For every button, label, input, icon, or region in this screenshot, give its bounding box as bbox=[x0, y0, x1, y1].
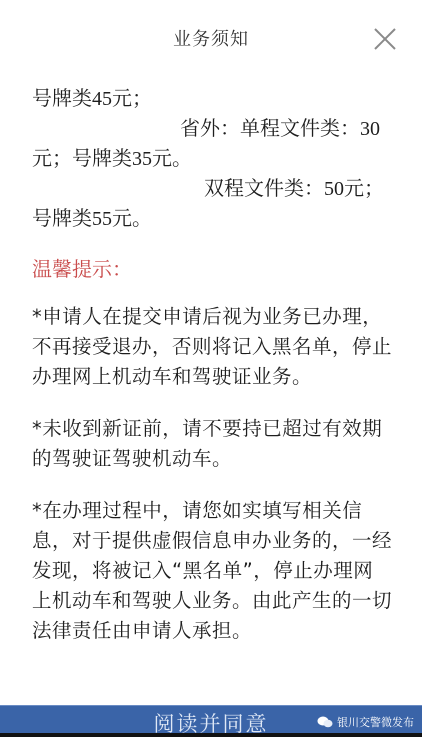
tips-heading: 温馨提示： bbox=[32, 254, 392, 284]
tip-item: *申请人在提交申请后视为业务已办理，不再接受退办，否则将记入黑名单，停止办理网上… bbox=[32, 302, 392, 392]
watermark: 银川交警微发布 bbox=[317, 714, 414, 730]
dialog-header: 业务须知 bbox=[0, 0, 422, 80]
fee-line: 元；号牌类35元。 bbox=[32, 144, 392, 174]
dialog-title: 业务须知 bbox=[0, 25, 422, 51]
fee-line: 省外：单程文件类：30 bbox=[32, 114, 392, 144]
wechat-icon bbox=[317, 716, 333, 728]
screen-edge bbox=[0, 733, 422, 737]
fee-line: 号牌类45元； bbox=[32, 84, 392, 114]
tip-item: *未收到新证前，请不要持已超过有效期的驾驶证驾驶机动车。 bbox=[32, 414, 392, 474]
notice-content: 号牌类45元； 省外：单程文件类：30 元；号牌类35元。 双程文件类：50元；… bbox=[32, 84, 392, 668]
watermark-text: 银川交警微发布 bbox=[337, 714, 414, 730]
fee-line: 双程文件类：50元； bbox=[32, 174, 392, 204]
fee-line: 号牌类55元。 bbox=[32, 204, 392, 234]
close-button[interactable] bbox=[372, 26, 398, 52]
close-icon bbox=[372, 26, 398, 52]
tip-item: *在办理过程中，请您如实填写相关信息，对于提供虚假信息申办业务的，一经发现，将被… bbox=[32, 496, 392, 646]
